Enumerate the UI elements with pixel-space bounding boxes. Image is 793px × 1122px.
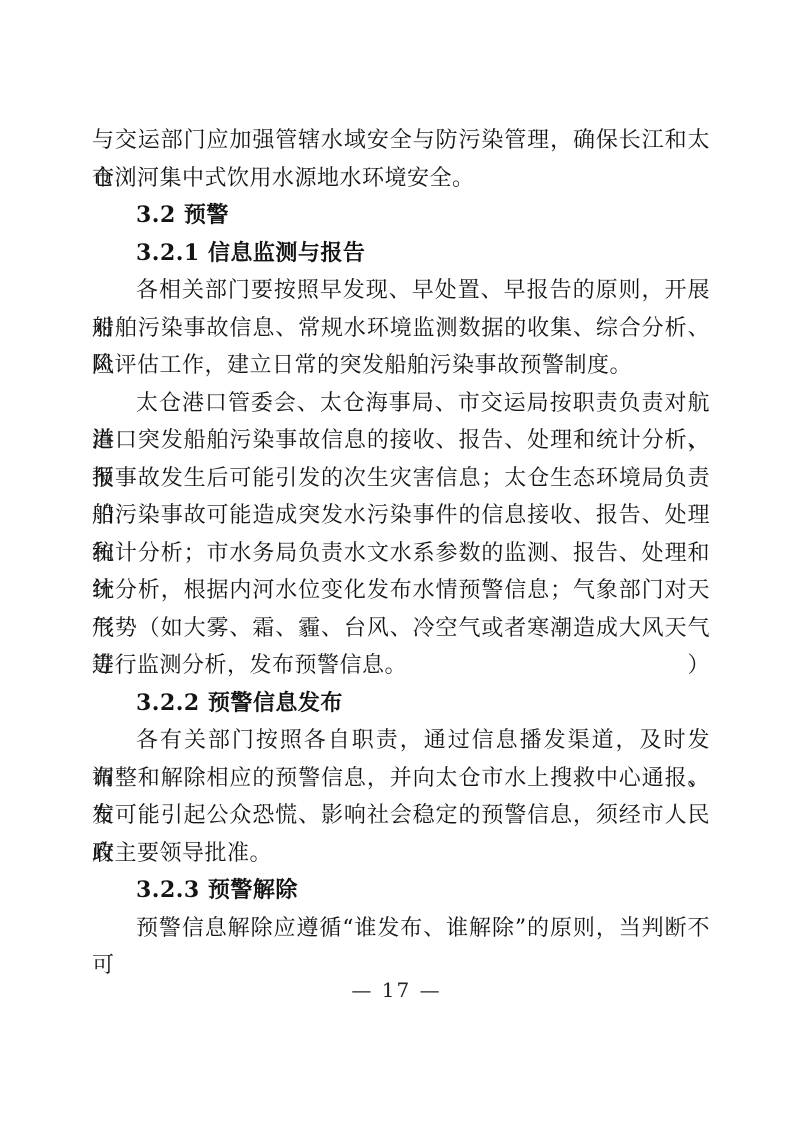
- document-page: 与交运部门应加强管辖水域安全与防污染管理，确保长江和太仓 市浏河集中式饮用水源地…: [0, 0, 793, 1122]
- body-line: 船舶污染事故信息、常规水环境监测数据的收集、综合分析、风: [92, 310, 710, 348]
- document-body: 与交运部门应加强管辖水域安全与防污染管理，确保长江和太仓 市浏河集中式饮用水源地…: [92, 122, 710, 947]
- heading-3-2-3: 3.2.3 预警解除: [92, 872, 710, 910]
- body-line: 形势（如大雾、霜、霾、台风、冷空气或者寒潮造成大风天气等）: [92, 610, 710, 648]
- body-line: 预警信息解除应遵循“谁发布、谁解除”的原则，当判断不可: [92, 910, 710, 948]
- body-line: 各有关部门按照各自职责，通过信息播发渠道，及时发布、: [92, 722, 710, 760]
- body-line: 舶污染事故可能造成突发水污染事件的信息接收、报告、处理和: [92, 497, 710, 535]
- body-line: 港口突发船舶污染事故信息的接收、报告、处理和统计分析，预: [92, 422, 710, 460]
- heading-3-2: 3.2 预警: [92, 197, 710, 235]
- body-line: 险评估工作，建立日常的突发船舶污染事故预警制度。: [92, 347, 710, 385]
- body-line: 太仓港口管委会、太仓海事局、市交运局按职责负责对航道、: [92, 385, 710, 423]
- body-line: 计分析，根据内河水位变化发布水情预警信息；气象部门对天气: [92, 572, 710, 610]
- body-line: 布可能引起公众恐慌、影响社会稳定的预警信息，须经市人民政: [92, 797, 710, 835]
- body-line: 报事故发生后可能引发的次生灾害信息；太仓生态环境局负责船: [92, 460, 710, 498]
- page-number: — 17 —: [0, 978, 793, 1002]
- heading-3-2-1: 3.2.1 信息监测与报告: [92, 235, 710, 273]
- body-line: 统计分析；市水务局负责水文水系参数的监测、报告、处理和统: [92, 535, 710, 573]
- body-line: 调整和解除相应的预警信息，并向太仓市水上搜救中心通报。发: [92, 760, 710, 798]
- body-line: 与交运部门应加强管辖水域安全与防污染管理，确保长江和太仓: [92, 122, 710, 160]
- body-line: 各相关部门要按照早发现、早处置、早报告的原则，开展对: [92, 272, 710, 310]
- heading-3-2-2: 3.2.2 预警信息发布: [92, 685, 710, 723]
- body-line: 府主要领导批准。: [92, 835, 710, 873]
- body-line: 市浏河集中式饮用水源地水环境安全。: [92, 160, 710, 198]
